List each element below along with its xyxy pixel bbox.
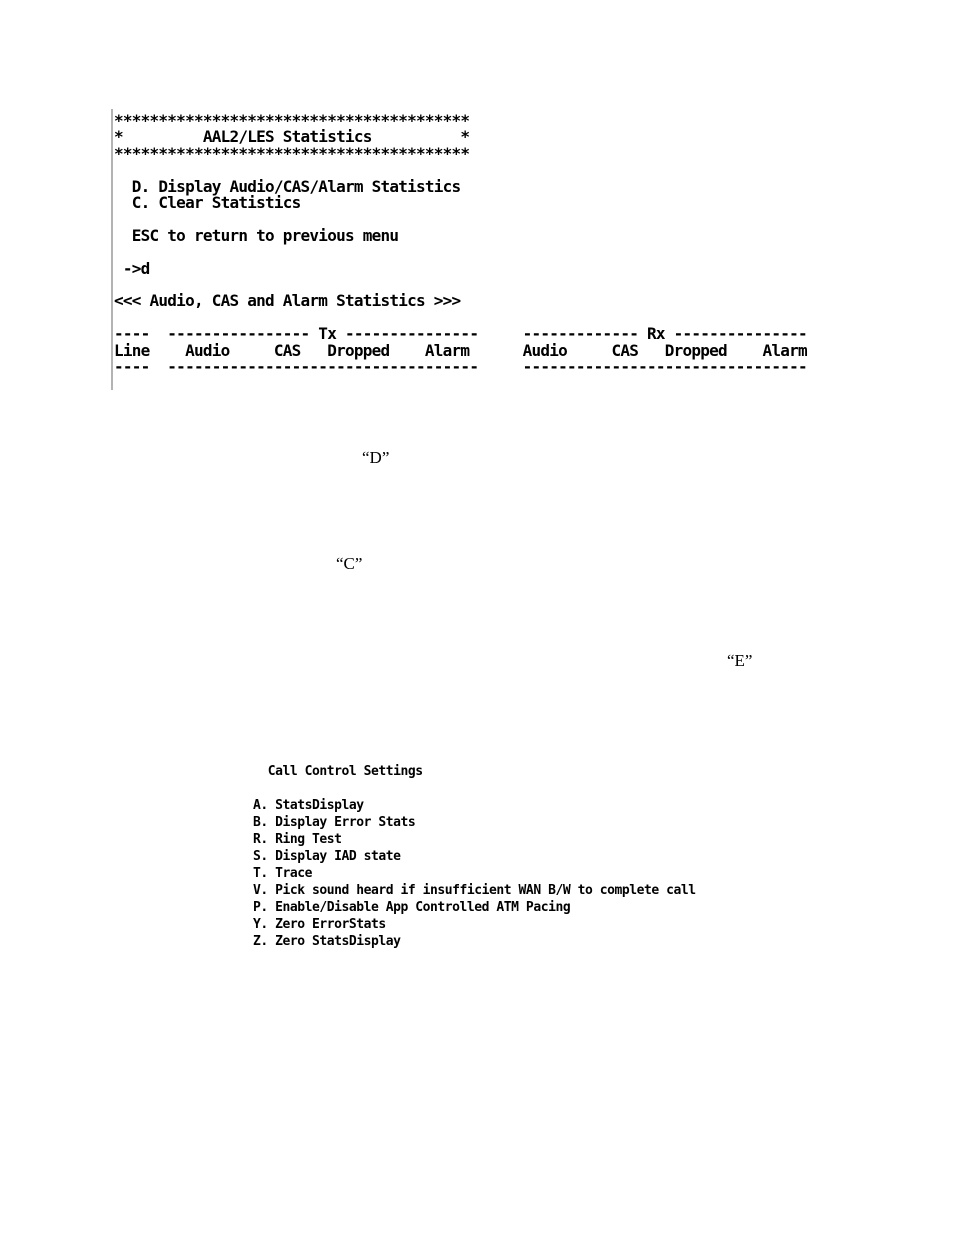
document-page: ****************************************…	[0, 0, 954, 1235]
terminal-output-aal2les-statistics: ****************************************…	[114, 113, 807, 376]
callout-letter-d: “D”	[362, 449, 389, 466]
terminal-output-call-control-settings: Call Control Settings A. StatsDisplay B.…	[253, 763, 696, 950]
callout-letter-e: “E”	[727, 652, 752, 669]
callout-letter-c: “C”	[336, 555, 362, 572]
left-border-rule	[111, 109, 113, 390]
